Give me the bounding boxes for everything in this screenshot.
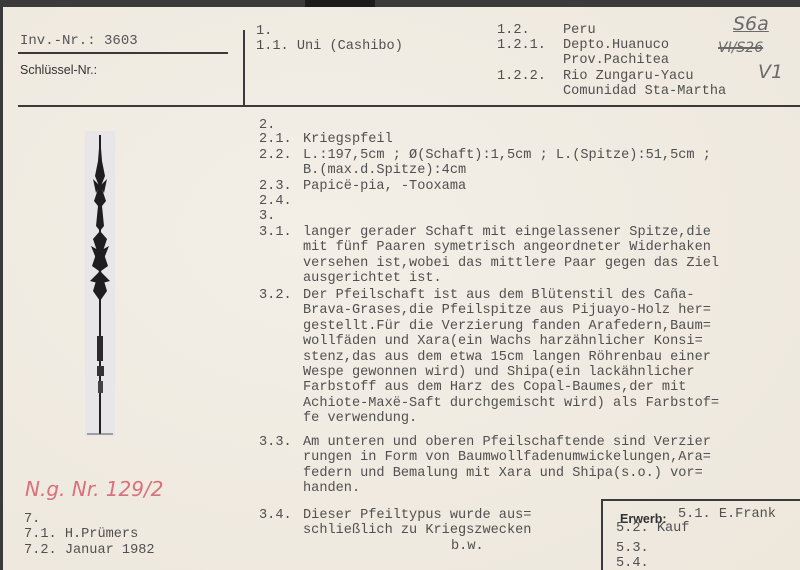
description-line: Dieser Pfeiltypus wurde aus= (303, 508, 531, 523)
description-line: stenz,das aus dem etwa 15cm langen Röhre… (303, 350, 719, 365)
description-line: gestellt.Für die Verzierung fanden Arafe… (303, 319, 719, 334)
description-line: Brava-Grases,die Pfeilspitze aus Pijuayo… (303, 303, 719, 318)
handwritten-code: S6a (733, 13, 769, 35)
description-line: ausgerichtet ist. (303, 271, 719, 286)
handwritten-code-struck: VI/S26 (718, 40, 763, 56)
acquisition-box-top (601, 499, 800, 501)
field-3-2-text: Der Pfeilschaft ist aus dem Blütenstil d… (303, 288, 719, 427)
section-7-heading: 7. (24, 512, 40, 527)
arrow-point-icon (85, 131, 115, 436)
field-number: 2.1. (259, 132, 303, 147)
description-line: Der Pfeilschaft ist aus dem Blütenstil d… (303, 288, 719, 303)
field-1-2-1: 1.2.1.Depto.Huanuco (497, 38, 669, 53)
description-line: Farbstoff aus dem Harz des Copal-Baumes,… (303, 380, 719, 395)
field-3-2-number: 3.2. (259, 288, 292, 303)
recorder-name: H.Prümers (65, 527, 138, 542)
field-number: 1.1. (256, 39, 289, 54)
field-number: 1.2.2. (497, 69, 563, 84)
inventory-number: Inv.-Nr.: 3603 (20, 34, 138, 49)
river: Rio Zungaru-Yacu (563, 69, 694, 84)
field-7-1: 7.1. H.Prümers (24, 527, 138, 542)
section-3-heading: 3. (259, 209, 275, 224)
scan-background-top (0, 0, 800, 7)
field-2-2: 2.2.L.:197,5cm ; Ø(Schaft):1,5cm ; L.(Sp… (259, 148, 711, 163)
description-line: versehen ist,wobei das mittlere Paar geg… (303, 256, 719, 271)
field-5-2: 5.2. Kauf (616, 521, 689, 536)
description-line: Achiote-Maxë-Saft durchgemischt wird) al… (303, 396, 719, 411)
field-number: 5.2. (616, 521, 649, 536)
field-3-1-text: langer gerader Schaft mit eingelassener … (303, 225, 719, 287)
field-5-4: 5.4. (616, 556, 649, 570)
description-line: langer gerader Schaft mit eingelassener … (303, 225, 719, 240)
field-number: 2.3. (259, 179, 303, 194)
dimensions-continued: B.(max.d.Spitze):4cm (303, 163, 466, 178)
field-number: 7.2. (24, 543, 57, 558)
field-1-2-2: 1.2.2.Rio Zungaru-Yacu (497, 69, 694, 84)
acquisition-box-left (601, 499, 603, 570)
inventory-label: Inv.-Nr.: (20, 33, 96, 49)
field-number: 1.2. (497, 23, 563, 38)
description-line: Wespe gewonnen wird) und Shipa(ein lackä… (303, 365, 719, 380)
field-7-2: 7.2. Januar 1982 (24, 543, 155, 558)
field-number: 7.1. (24, 527, 57, 542)
department: Depto.Huanuco (563, 38, 669, 53)
field-5-1: 5.1. E.Frank (678, 507, 776, 522)
key-number-label: Schlüssel-Nr.: (20, 63, 97, 77)
handwritten-code-v1: V1 (758, 61, 783, 83)
catalog-card: Inv.-Nr.: 3603 Schlüssel-Nr.: 1. 1.1. Un… (3, 7, 800, 570)
dimensions: L.:197,5cm ; Ø(Schaft):1,5cm ; L.(Spitze… (303, 148, 711, 163)
acquisition-method: Kauf (657, 521, 690, 536)
field-1-2: 1.2.Peru (497, 23, 596, 38)
field-3-3-number: 3.3. (259, 435, 292, 450)
handwritten-reference: N.g. Nr. 129/2 (25, 477, 163, 501)
field-1-1: 1.1. Uni (Cashibo) (256, 39, 403, 54)
description-line: federn und Bemalung mit Xara und Shipa(s… (303, 466, 711, 481)
field-3-4-number: 3.4. (259, 508, 292, 523)
description-line: schließlich zu Kriegszwecken (303, 523, 531, 538)
inventory-underline (18, 52, 228, 54)
description-line: Am unteren und oberen Pfeilschaftende si… (303, 435, 711, 450)
province: Prov.Pachitea (563, 53, 669, 68)
country: Peru (563, 23, 596, 38)
field-2-4: 2.4. (259, 194, 292, 209)
record-date: Januar 1982 (65, 543, 155, 558)
description-line: handen. (303, 481, 711, 496)
section-1-heading: 1. (256, 24, 272, 39)
field-3-3-text: Am unteren und oberen Pfeilschaftende si… (303, 435, 711, 497)
description-line: rungen in Form von Baumwollfadenumwickel… (303, 450, 711, 465)
field-number: 1.2.1. (497, 38, 563, 53)
field-number: 2.2. (259, 148, 303, 163)
object-name: Kriegspfeil (303, 132, 393, 147)
description-line: fe verwendung. (303, 411, 719, 426)
description-line: wollfäden und Xara(ein Wachs harzähnlich… (303, 334, 719, 349)
header-divider (243, 30, 245, 107)
field-3-4-text: Dieser Pfeiltypus wurde aus=schließlich … (303, 508, 531, 539)
field-2-3: 2.3.Papicë-pia, -Tooxama (259, 179, 466, 194)
arrow-photo (85, 131, 115, 436)
description-line: mit fünf Paaren symetrisch angeordneter … (303, 240, 719, 255)
field-number: 5.1. (678, 507, 711, 522)
continued-overleaf: b.w. (451, 539, 484, 554)
field-5-3: 5.3. (616, 541, 649, 556)
community: Comunidad Sta-Martha (563, 84, 726, 99)
acquisition-source: E.Frank (719, 507, 776, 522)
scan-shadow (305, 0, 375, 7)
field-2-1: 2.1.Kriegspfeil (259, 132, 393, 147)
header-bottom-rule (18, 105, 800, 107)
ethnic-group: Uni (Cashibo) (297, 39, 403, 54)
field-3-1-number: 3.1. (259, 225, 292, 240)
native-name: Papicë-pia, -Tooxama (303, 179, 466, 194)
inventory-value: 3603 (104, 33, 138, 49)
